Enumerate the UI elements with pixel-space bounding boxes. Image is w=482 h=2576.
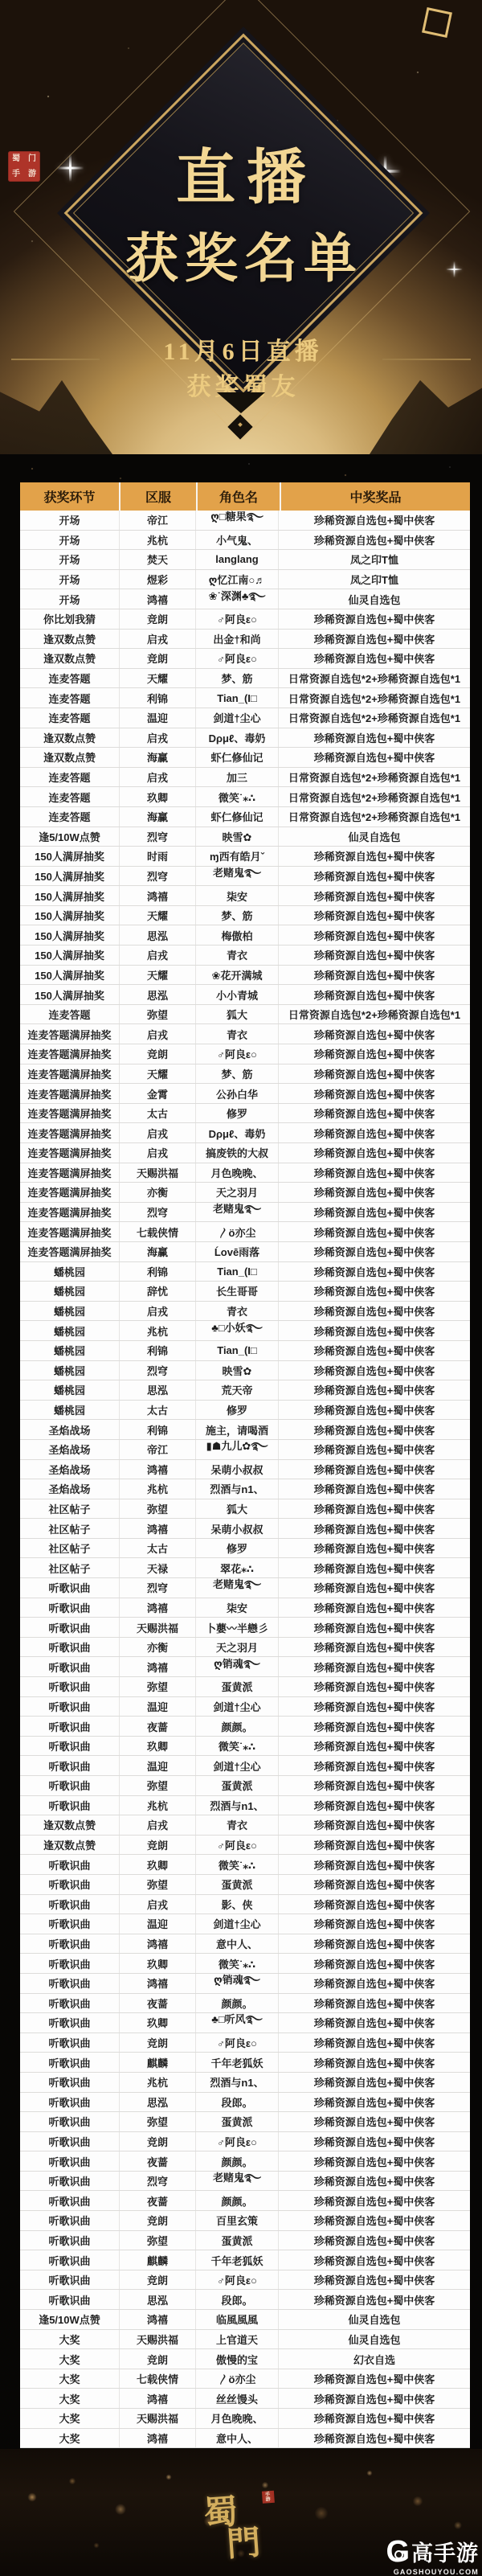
table-row: 连麦答题 玖卿 微笑˙⁎∴ 日常资源自选包*2+珍稀资源自选包*1: [20, 787, 470, 807]
cell-prize: 仙灵自选包: [279, 2310, 470, 2329]
cell-character: ❀˙深渊♣࿐: [196, 589, 279, 609]
table-row: 听歌识曲 亦衡 天之羽月 珍稀资源自选包+蜀中侠客: [20, 1638, 470, 1658]
table-row: 听歌识曲 玖卿 微笑˙⁎∴ 珍稀资源自选包+蜀中侠客: [20, 1855, 470, 1875]
table-row: 社区帖子 弥望 狐大 珍稀资源自选包+蜀中侠客: [20, 1499, 470, 1520]
cell-segment: 连麦答题满屏抽奖: [20, 1242, 120, 1261]
table-row: 连麦答题满屏抽奖 太古 修罗 珍稀资源自选包+蜀中侠客: [20, 1104, 470, 1124]
cell-prize: 珍稀资源自选包+蜀中侠客: [279, 2112, 470, 2131]
cell-segment: 连麦答题: [20, 669, 120, 688]
cell-server: 弥望: [120, 1499, 196, 1519]
cell-segment: 连麦答题: [20, 807, 120, 827]
table-row: 听歌识曲 竞朗 ♂阿良ε○ 珍稀资源自选包+蜀中侠客: [20, 2132, 470, 2152]
cell-segment: 150人满屏抽奖: [20, 945, 120, 965]
cell-segment: 社区帖子: [20, 1558, 120, 1577]
cell-server: 夜蔷: [120, 1717, 196, 1736]
cell-prize: 珍稀资源自选包+蜀中侠客: [279, 1143, 470, 1163]
table-row: 听歌识曲 竞朗 ♂阿良ε○ 珍稀资源自选包+蜀中侠客: [20, 2033, 470, 2053]
cell-character: Dρμℓ、毒奶: [196, 728, 279, 748]
table-row: 逢双数点赞 启戎 青衣 珍稀资源自选包+蜀中侠客: [20, 1815, 470, 1836]
cell-prize: 珍稀资源自选包+蜀中侠客: [279, 2369, 470, 2389]
cell-server: 思泓: [120, 2093, 196, 2112]
table-row: 开场 兆杭 小气鬼、 珍稀资源自选包+蜀中侠客: [20, 531, 470, 551]
cell-segment: 听歌识曲: [20, 1578, 120, 1598]
cell-server: 天耀: [120, 669, 196, 688]
cell-character: 虾仁修仙记: [196, 807, 279, 827]
table-row: 连麦答题 启戎 加三 日常资源自选包*2+珍稀资源自选包*1: [20, 768, 470, 788]
cell-prize: 珍稀资源自选包+蜀中侠客: [279, 1657, 470, 1676]
cell-server: 弥望: [120, 2112, 196, 2131]
cell-server: 烈穹: [120, 827, 196, 847]
cell-segment: 听歌识曲: [20, 2270, 120, 2290]
cell-character: 颜颜。: [196, 1717, 279, 1736]
table-row: 逢双数点赞 启戎 出金†和尚 珍稀资源自选包+蜀中侠客: [20, 630, 470, 650]
table-row: 听歌识曲 弥望 蛋黄派 珍稀资源自选包+蜀中侠客: [20, 2231, 470, 2251]
cell-segment: 蟠桃园: [20, 1282, 120, 1301]
cell-server: 天禄: [120, 1558, 196, 1577]
cell-server: 竞朗: [120, 609, 196, 629]
table-row: 听歌识曲 天赐洪福 卜蘡〰半戀彡 珍稀资源自选包+蜀中侠客: [20, 1618, 470, 1638]
table-row: 大奖 天赐洪福 上官道天 仙灵自选包: [20, 2330, 470, 2350]
table-row: 逢双数点赞 海赢 虾仁修仙记 珍稀资源自选包+蜀中侠客: [20, 748, 470, 768]
cell-character: ღ□糖果࿐: [196, 511, 279, 530]
table-row: 蟠桃园 兆杭 ♣□小妖࿐ 珍稀资源自选包+蜀中侠客: [20, 1321, 470, 1341]
cell-segment: 逢双数点赞: [20, 728, 120, 748]
game-logo-seal-text: 手游: [265, 2492, 272, 2502]
cell-segment: 连麦答题满屏抽奖: [20, 1143, 120, 1163]
cell-segment: 听歌识曲: [20, 2191, 120, 2210]
cell-segment: 听歌识曲: [20, 2053, 120, 2072]
game-logo-seal: 手游: [262, 2491, 275, 2504]
table-row: 听歌识曲 温迎 剑道†尘心 珍稀资源自选包+蜀中侠客: [20, 1914, 470, 1934]
cell-prize: 珍稀资源自选包+蜀中侠客: [279, 1558, 470, 1577]
cell-character: 荒天帝: [196, 1380, 279, 1400]
table-row: 蟠桃园 太古 修罗 珍稀资源自选包+蜀中侠客: [20, 1401, 470, 1421]
table-row: 听歌识曲 鸿禧 ღ销魂࿐ 珍稀资源自选包+蜀中侠客: [20, 1657, 470, 1677]
cell-server: 弥望: [120, 1776, 196, 1795]
cell-prize: 珍稀资源自选包+蜀中侠客: [279, 1104, 470, 1123]
cell-character: 翠花⁎∴: [196, 1558, 279, 1577]
cell-server: 竞朗: [120, 2349, 196, 2369]
cell-prize: 珍稀资源自选包+蜀中侠客: [279, 1420, 470, 1439]
table-header-row: 获奖环节 区服 角色名 中奖奖品: [20, 482, 470, 511]
cell-server: 启戎: [120, 630, 196, 649]
cell-server: 启戎: [120, 1143, 196, 1163]
cell-server: 太古: [120, 1104, 196, 1123]
cell-prize: 仙灵自选包: [279, 827, 470, 847]
cell-character: 意中人、: [196, 2429, 279, 2448]
header-prize: 中奖奖品: [281, 482, 470, 511]
cell-character: 天之羽月: [196, 1183, 279, 1202]
cell-character: 丝丝馒头: [196, 2389, 279, 2408]
cell-character: ♣□听风࿐: [196, 2013, 279, 2032]
cell-segment: 蟠桃园: [20, 1380, 120, 1400]
cell-character: ♂阿良ε○: [196, 1836, 279, 1855]
cell-character: 烈酒与n1、: [196, 1796, 279, 1815]
cell-prize: 珍稀资源自选包+蜀中侠客: [279, 630, 470, 649]
cell-server: 启戎: [120, 945, 196, 965]
cell-character: 临風風風: [196, 2310, 279, 2329]
cell-character: Tian_(I□: [196, 688, 279, 708]
cell-prize: 珍稀资源自选包+蜀中侠客: [279, 728, 470, 748]
table-row: 听歌识曲 思泓 段郎。 珍稀资源自选包+蜀中侠客: [20, 2290, 470, 2310]
cell-server: 鸿禧: [120, 1519, 196, 1538]
cell-segment: 连麦答题满屏抽奖: [20, 1084, 120, 1103]
cell-character: 加三: [196, 768, 279, 787]
cell-prize: 珍稀资源自选包+蜀中侠客: [279, 2093, 470, 2112]
cell-character: 施主，请喝酒: [196, 1420, 279, 1439]
cell-server: 温迎: [120, 708, 196, 728]
cell-character: ♂阿良ε○: [196, 609, 279, 629]
cell-prize: 珍稀资源自选包+蜀中侠客: [279, 2151, 470, 2171]
cell-character: 颜颜。: [196, 2151, 279, 2171]
cell-character: 微笑˙⁎∴: [196, 787, 279, 806]
cell-prize: 珍稀资源自选包+蜀中侠客: [279, 2132, 470, 2151]
cell-segment: 听歌识曲: [20, 2290, 120, 2309]
table-row: 听歌识曲 温迎 剑道†尘心 珍稀资源自选包+蜀中侠客: [20, 1756, 470, 1776]
game-logo: 蜀 門 手游: [202, 2492, 295, 2562]
cell-prize: 日常资源自选包*2+珍稀资源自选包*1: [279, 708, 470, 728]
cell-character: 蛋黄派: [196, 2112, 279, 2131]
cell-segment: 蟠桃园: [20, 1262, 120, 1282]
cell-character: 柒安: [196, 886, 279, 905]
cell-character: 柒安: [196, 1598, 279, 1618]
cell-segment: 逢双数点赞: [20, 630, 120, 649]
cell-prize: 珍稀资源自选包+蜀中侠客: [279, 2013, 470, 2032]
cell-segment: 连麦答题: [20, 688, 120, 708]
cell-segment: 听歌识曲: [20, 1737, 120, 1756]
cell-segment: 圣焰战场: [20, 1440, 120, 1459]
partner-url: GAOSHOUYOU.COM: [386, 2568, 479, 2576]
cell-prize: 珍稀资源自选包+蜀中侠客: [279, 1321, 470, 1340]
cell-segment: 圣焰战场: [20, 1460, 120, 1479]
cell-server: 玖卿: [120, 787, 196, 806]
cell-character: ♂阿良ε○: [196, 649, 279, 668]
cell-character: 老赌鬼࿐: [196, 1578, 279, 1598]
cell-prize: 珍稀资源自选包+蜀中侠客: [279, 1499, 470, 1519]
cell-character: 颜颜。: [196, 2191, 279, 2210]
cell-character: 老赌鬼࿐: [196, 1203, 279, 1222]
cell-character: 剑道†尘心: [196, 708, 279, 728]
cell-character: 上官道天: [196, 2330, 279, 2349]
cell-character: 〳ö亦尘: [196, 1222, 279, 1241]
cell-prize: 珍稀资源自选包+蜀中侠客: [279, 1460, 470, 1479]
table-row: 连麦答题满屏抽奖 七载侠情 〳ö亦尘 珍稀资源自选包+蜀中侠客: [20, 1222, 470, 1242]
table-row: 听歌识曲 麒麟 千年老狐妖 珍稀资源自选包+蜀中侠客: [20, 2250, 470, 2270]
cell-prize: 珍稀资源自选包+蜀中侠客: [279, 945, 470, 965]
cell-server: 亦衡: [120, 1183, 196, 1202]
cell-server: 竞朗: [120, 649, 196, 668]
cell-server: 七载侠情: [120, 2369, 196, 2389]
cell-character: ♂阿良ε○: [196, 2033, 279, 2053]
cell-prize: 珍稀资源自选包+蜀中侠客: [279, 1895, 470, 1914]
cell-server: 利锦: [120, 1341, 196, 1360]
cell-character: ɱ西有皓月ˇ: [196, 847, 279, 866]
cell-character: Tian_(I□: [196, 1262, 279, 1282]
table-row: 大奖 七载侠情 〳ö亦尘 珍稀资源自选包+蜀中侠客: [20, 2369, 470, 2389]
cell-prize: 珍稀资源自选包+蜀中侠客: [279, 2290, 470, 2309]
cell-prize: 珍稀资源自选包+蜀中侠客: [279, 2429, 470, 2448]
table-row: 听歌识曲 竞朗 ♂阿良ε○ 珍稀资源自选包+蜀中侠客: [20, 2270, 470, 2291]
cell-server: 烈穹: [120, 1203, 196, 1222]
cell-segment: 社区帖子: [20, 1499, 120, 1519]
cell-server: 金霄: [120, 1084, 196, 1103]
cell-prize: 珍稀资源自选包+蜀中侠客: [279, 1836, 470, 1855]
cell-server: 兆杭: [120, 1321, 196, 1340]
cell-character: 老赌鬼࿐: [196, 867, 279, 886]
cell-prize: 仙灵自选包: [279, 589, 470, 609]
table-row: 听歌识曲 兆杭 烈酒与n1、 珍稀资源自选包+蜀中侠客: [20, 2073, 470, 2093]
cell-server: 海赢: [120, 807, 196, 827]
table-row: 逢5/10W点赞 鸿禧 临風風風 仙灵自选包: [20, 2310, 470, 2330]
cell-segment: 听歌识曲: [20, 1697, 120, 1717]
cell-prize: 珍稀资源自选包+蜀中侠客: [279, 748, 470, 767]
cell-server: 鸿禧: [120, 1598, 196, 1618]
table-row: 150人满屏抽奖 鸿禧 柒安 珍稀资源自选包+蜀中侠客: [20, 886, 470, 906]
cell-prize: 珍稀资源自选包+蜀中侠客: [279, 1044, 470, 1064]
cell-character: 傲慢的宝: [196, 2349, 279, 2369]
table-row: 开场 煜彩 ღ忆江南○♬ 凤之印T恤: [20, 570, 470, 590]
cell-segment: 连麦答题: [20, 768, 120, 787]
cell-prize: 珍稀资源自选包+蜀中侠客: [279, 1341, 470, 1360]
cell-server: 兆杭: [120, 531, 196, 550]
cell-segment: 连麦答题: [20, 708, 120, 728]
cell-server: 启戎: [120, 1815, 196, 1835]
table-row: 连麦答题满屏抽奖 启戎 青衣 珍稀资源自选包+蜀中侠客: [20, 1024, 470, 1044]
hero-section: 蜀门手游 直播 获奖名单 11月6日直播 获奖蜀友: [0, 0, 482, 454]
cell-segment: 圣焰战场: [20, 1420, 120, 1439]
cell-character: 修罗: [196, 1401, 279, 1420]
game-logo-char2: 門: [226, 2525, 262, 2564]
cell-segment: 听歌识曲: [20, 1934, 120, 1954]
cell-segment: 社区帖子: [20, 1519, 120, 1538]
cell-server: 煜彩: [120, 570, 196, 589]
cell-segment: 蟠桃园: [20, 1401, 120, 1420]
table-row: 连麦答题 天耀 梦、筋 日常资源自选包*2+珍稀资源自选包*1: [20, 669, 470, 689]
cell-segment: 150人满屏抽奖: [20, 867, 120, 886]
cell-prize: 珍稀资源自选包+蜀中侠客: [279, 1282, 470, 1301]
cell-segment: 150人满屏抽奖: [20, 985, 120, 1004]
table-row: 听歌识曲 思泓 段郎。 珍稀资源自选包+蜀中侠客: [20, 2093, 470, 2113]
cell-segment: 大奖: [20, 2429, 120, 2448]
table-row: 连麦答题满屏抽奖 天赐洪福 月色晚晚、 珍稀资源自选包+蜀中侠客: [20, 1163, 470, 1183]
cell-prize: 珍稀资源自选包+蜀中侠客: [279, 925, 470, 945]
table-row: 逢双数点赞 竞朗 ♂阿良ε○ 珍稀资源自选包+蜀中侠客: [20, 649, 470, 669]
cell-prize: 珍稀资源自选包+蜀中侠客: [279, 609, 470, 629]
table-row: 圣焰战场 帝江 ▮☗九儿✿࿐ 珍稀资源自选包+蜀中侠客: [20, 1440, 470, 1460]
table-row: 听歌识曲 弥望 蛋黄派 珍稀资源自选包+蜀中侠客: [20, 1677, 470, 1697]
cell-character: 青衣: [196, 1302, 279, 1321]
cell-prize: 珍稀资源自选包+蜀中侠客: [279, 2172, 470, 2191]
cell-prize: 珍稀资源自选包+蜀中侠客: [279, 511, 470, 530]
cell-prize: 幻衣自选: [279, 2349, 470, 2369]
cell-server: 海赢: [120, 1242, 196, 1261]
cell-server: 天赐洪福: [120, 1163, 196, 1183]
table-row: 大奖 鸿禧 意中人、 珍稀资源自选包+蜀中侠客: [20, 2429, 470, 2449]
cell-character: 老赌鬼࿐: [196, 2172, 279, 2191]
table-row: 听歌识曲 弥望 蛋黄派 珍稀资源自选包+蜀中侠客: [20, 2112, 470, 2132]
table-row: 连麦答题满屏抽奖 天耀 梦、筋 珍稀资源自选包+蜀中侠客: [20, 1064, 470, 1085]
cell-prize: 珍稀资源自选包+蜀中侠客: [279, 1203, 470, 1222]
cell-character: 呆萌小叔叔: [196, 1519, 279, 1538]
table-row: 150人满屏抽奖 天耀 梦、筋 珍稀资源自选包+蜀中侠客: [20, 906, 470, 926]
cell-segment: 听歌识曲: [20, 1796, 120, 1815]
cell-prize: 珍稀资源自选包+蜀中侠客: [279, 1954, 470, 1973]
cell-prize: 珍稀资源自选包+蜀中侠客: [279, 1440, 470, 1459]
cell-character: ღ忆江南○♬: [196, 570, 279, 589]
cell-segment: 逢5/10W点赞: [20, 2310, 120, 2329]
cell-segment: 连麦答题满屏抽奖: [20, 1222, 120, 1241]
cell-segment: 大奖: [20, 2389, 120, 2408]
cell-segment: 开场: [20, 550, 120, 569]
cell-segment: 连麦答题满屏抽奖: [20, 1104, 120, 1123]
cell-server: 帝江: [120, 1440, 196, 1459]
cell-server: 天赐洪福: [120, 2409, 196, 2428]
cell-character: 公孙白华: [196, 1084, 279, 1103]
cell-server: 夜蔷: [120, 1994, 196, 2013]
cell-character: 呆萌小叔叔: [196, 1460, 279, 1479]
cell-server: 竞朗: [120, 2211, 196, 2230]
cell-segment: 连麦答题满屏抽奖: [20, 1163, 120, 1183]
cell-segment: 连麦答题: [20, 1005, 120, 1024]
cell-segment: 连麦答题满屏抽奖: [20, 1044, 120, 1064]
cell-server: 启戎: [120, 1302, 196, 1321]
cell-character: langlang: [196, 550, 279, 569]
cell-prize: 珍稀资源自选包+蜀中侠客: [279, 1242, 470, 1261]
cell-prize: 珍稀资源自选包+蜀中侠客: [279, 1084, 470, 1103]
table-row: 连麦答题 利锦 Tian_(I□ 日常资源自选包*2+珍稀资源自选包*1: [20, 688, 470, 708]
cell-server: 弥望: [120, 1875, 196, 1894]
cell-character: ▮☗九儿✿࿐: [196, 1440, 279, 1459]
cell-prize: 珍稀资源自选包+蜀中侠客: [279, 1855, 470, 1874]
table-row: 连麦答题 温迎 剑道†尘心 日常资源自选包*2+珍稀资源自选包*1: [20, 708, 470, 728]
cell-character: 搞废铁的大叔: [196, 1143, 279, 1163]
cell-segment: 连麦答题满屏抽奖: [20, 1064, 120, 1084]
table-row: 听歌识曲 玖卿 微笑˙⁎∴ 珍稀资源自选包+蜀中侠客: [20, 1954, 470, 1974]
cell-character: 修罗: [196, 1104, 279, 1123]
cell-server: 竞朗: [120, 1044, 196, 1064]
cell-prize: 珍稀资源自选包+蜀中侠客: [279, 2409, 470, 2428]
cell-character: 出金†和尚: [196, 630, 279, 649]
cell-segment: 听歌识曲: [20, 2093, 120, 2112]
cell-segment: 150人满屏抽奖: [20, 906, 120, 925]
cell-server: 兆杭: [120, 1479, 196, 1499]
cell-character: Dρμℓ、毒奶: [196, 1123, 279, 1142]
cell-prize: 日常资源自选包*2+珍稀资源自选包*1: [279, 807, 470, 827]
cell-server: 竞朗: [120, 2033, 196, 2053]
cell-server: 竞朗: [120, 2270, 196, 2290]
cell-character: Ĺovē雨落: [196, 1242, 279, 1261]
cell-prize: 珍稀资源自选包+蜀中侠客: [279, 2250, 470, 2270]
cell-server: 竞朗: [120, 2132, 196, 2151]
cell-character: ღ销魂࿐: [196, 1657, 279, 1676]
cell-prize: 珍稀资源自选包+蜀中侠客: [279, 1163, 470, 1183]
cell-server: 焚天: [120, 550, 196, 569]
cell-segment: 连麦答题满屏抽奖: [20, 1183, 120, 1202]
cell-server: 太古: [120, 1539, 196, 1558]
cell-prize: 珍稀资源自选包+蜀中侠客: [279, 1756, 470, 1775]
table-row: 蟠桃园 辞忧 长生哥哥 珍稀资源自选包+蜀中侠客: [20, 1282, 470, 1302]
header-segment: 获奖环节: [20, 482, 120, 511]
cell-server: 兆杭: [120, 2073, 196, 2092]
cell-prize: 珍稀资源自选包+蜀中侠客: [279, 2191, 470, 2210]
table-row: 听歌识曲 夜蔷 颜颜。 珍稀资源自选包+蜀中侠客: [20, 1994, 470, 2014]
poster-title-line1: 直播: [0, 130, 482, 215]
cell-prize: 珍稀资源自选包+蜀中侠客: [279, 2033, 470, 2053]
table-row: 蟠桃园 启戎 青衣 珍稀资源自选包+蜀中侠客: [20, 1302, 470, 1322]
table-row: 圣焰战场 鸿禧 呆萌小叔叔 珍稀资源自选包+蜀中侠客: [20, 1460, 470, 1480]
cell-prize: 珍稀资源自选包+蜀中侠客: [279, 1598, 470, 1618]
cell-server: 天耀: [120, 906, 196, 925]
table-row: 蟠桃园 利锦 Tian_(I□ 珍稀资源自选包+蜀中侠客: [20, 1341, 470, 1361]
table-row: 150人满屏抽奖 思泓 小小青城 珍稀资源自选包+蜀中侠客: [20, 985, 470, 1005]
cell-prize: 日常资源自选包*2+珍稀资源自选包*1: [279, 787, 470, 806]
table-body: 开场 帝江 ღ□糖果࿐ 珍稀资源自选包+蜀中侠客 开场 兆杭 小气鬼、 珍稀资源…: [20, 511, 470, 2448]
cell-segment: 听歌识曲: [20, 1657, 120, 1676]
table-row: 连麦答题满屏抽奖 启戎 Dρμℓ、毒奶 珍稀资源自选包+蜀中侠客: [20, 1123, 470, 1143]
table-row: 听歌识曲 兆杭 烈酒与n1、 珍稀资源自选包+蜀中侠客: [20, 1796, 470, 1816]
cell-segment: 听歌识曲: [20, 1776, 120, 1795]
cell-character: 月色晚晚、: [196, 1163, 279, 1183]
cell-segment: 蟠桃园: [20, 1361, 120, 1380]
cell-prize: 珍稀资源自选包+蜀中侠客: [279, 1934, 470, 1954]
cell-prize: 珍稀资源自选包+蜀中侠客: [279, 1539, 470, 1558]
cell-server: 利锦: [120, 688, 196, 708]
cell-character: 虾仁修仙记: [196, 748, 279, 767]
table-row: 150人满屏抽奖 思泓 梅傲柏 珍稀资源自选包+蜀中侠客: [20, 925, 470, 945]
cell-segment: 听歌识曲: [20, 1598, 120, 1618]
cell-server: 玖卿: [120, 1855, 196, 1874]
cell-server: 温迎: [120, 1914, 196, 1934]
cell-prize: 珍稀资源自选包+蜀中侠客: [279, 1994, 470, 2013]
table-row: 听歌识曲 夜蔷 颜颜。 珍稀资源自选包+蜀中侠客: [20, 2191, 470, 2211]
table-row: 你比划我猜 竞朗 ♂阿良ε○ 珍稀资源自选包+蜀中侠客: [20, 609, 470, 630]
poster-page: 蜀门手游 直播 获奖名单 11月6日直播 获奖蜀友 获奖环节 区服 角色名 中奖…: [0, 0, 482, 2576]
cell-segment: 开场: [20, 511, 120, 530]
cell-prize: 珍稀资源自选包+蜀中侠客: [279, 1024, 470, 1044]
table-row: 听歌识曲 玖卿 ♣□听风࿐ 珍稀资源自选包+蜀中侠客: [20, 2013, 470, 2033]
cell-server: 启戎: [120, 768, 196, 787]
cell-server: 温迎: [120, 1756, 196, 1775]
cell-character: 青衣: [196, 1024, 279, 1044]
cell-segment: 逢双数点赞: [20, 649, 120, 668]
table-row: 大奖 天赐洪福 月色晚晚、 珍稀资源自选包+蜀中侠客: [20, 2409, 470, 2429]
cell-segment: 听歌识曲: [20, 2073, 120, 2092]
cell-segment: 蟠桃园: [20, 1321, 120, 1340]
cell-prize: 珍稀资源自选包+蜀中侠客: [279, 1974, 470, 1993]
cell-character: 长生哥哥: [196, 1282, 279, 1301]
cell-segment: 听歌识曲: [20, 1717, 120, 1736]
cell-server: 鸿禧: [120, 886, 196, 905]
cell-prize: 珍稀资源自选包+蜀中侠客: [279, 985, 470, 1004]
table-row: 逢双数点赞 竞朗 ♂阿良ε○ 珍稀资源自选包+蜀中侠客: [20, 1836, 470, 1856]
table-row: 大奖 竞朗 傲慢的宝 幻衣自选: [20, 2349, 470, 2369]
cell-character: 烈酒与n1、: [196, 2073, 279, 2092]
table-row: 蟠桃园 利锦 Tian_(I□ 珍稀资源自选包+蜀中侠客: [20, 1262, 470, 1282]
cell-server: 利锦: [120, 1420, 196, 1439]
table-row: 逢双数点赞 启戎 Dρμℓ、毒奶 珍稀资源自选包+蜀中侠客: [20, 728, 470, 749]
poster-title-line2: 获奖名单: [0, 215, 482, 292]
cell-segment: 蟠桃园: [20, 1302, 120, 1321]
cell-segment: 听歌识曲: [20, 1618, 120, 1637]
cell-prize: 珍稀资源自选包+蜀中侠客: [279, 1717, 470, 1736]
cell-character: 卜蘡〰半戀彡: [196, 1618, 279, 1637]
cell-segment: 连麦答题满屏抽奖: [20, 1024, 120, 1044]
table-row: 听歌识曲 竞朗 百里玄策 珍稀资源自选包+蜀中侠客: [20, 2211, 470, 2231]
cell-server: 帝江: [120, 511, 196, 530]
table-row: 圣焰战场 兆杭 烈酒与n1、 珍稀资源自选包+蜀中侠客: [20, 1479, 470, 1499]
cell-server: 鸿禧: [120, 1657, 196, 1676]
cell-server: 海赢: [120, 748, 196, 767]
